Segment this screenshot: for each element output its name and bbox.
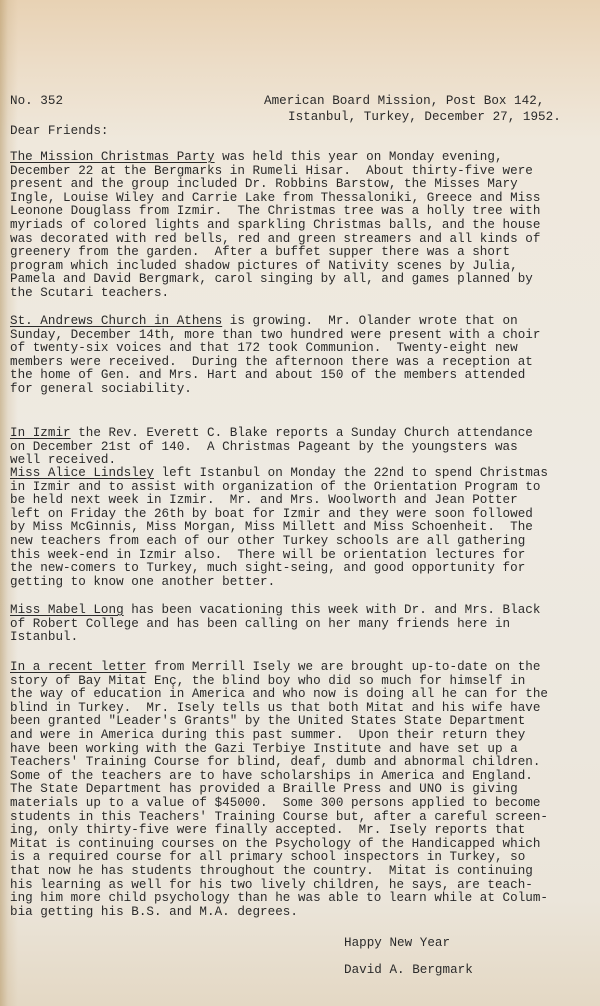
text-line: that now he has students throughout the … <box>10 864 533 878</box>
text-line: for general sociability. <box>10 382 192 396</box>
text-line: students in this Teachers' Training Cour… <box>10 810 548 824</box>
text-line: of twenty-six voices and that 172 took C… <box>10 341 518 355</box>
address-line-2: Istanbul, Turkey, December 27, 1952. <box>288 110 561 124</box>
text-line: Sunday, December 14th, more than two hun… <box>10 328 540 342</box>
text-line: Ingle, Louise Wiley and Carrie Lake from… <box>10 191 540 205</box>
line-text: the Rev. Everett C. Blake reports a Sund… <box>71 426 533 440</box>
paragraph-heading: St. Andrews Church in Athens <box>10 314 222 328</box>
paragraph-heading: In Izmir <box>10 426 71 440</box>
text-line: of Robert College and has been calling o… <box>10 617 510 631</box>
text-line: on December 21st of 140. A Christmas Pag… <box>10 440 518 454</box>
text-line: this week-end in Izmir also. There will … <box>10 548 525 562</box>
line-text: been granted "Leader's Grants" by the Un… <box>10 714 525 728</box>
line-text: present and the group included Dr. Robbi… <box>10 177 518 191</box>
line-text: left on Friday the 26th by boat for Izmi… <box>10 507 533 521</box>
text-line: the home of Gen. and Mrs. Hart and about… <box>10 368 525 382</box>
salutation: Dear Friends: <box>10 124 109 138</box>
line-text: in Izmir and to assist with organization… <box>10 480 540 494</box>
text-line: be held next week in Izmir. Mr. and Mrs.… <box>10 493 518 507</box>
text-line: getting to know one another better. <box>10 575 275 589</box>
paragraph-heading: Miss Mabel Long <box>10 603 124 617</box>
line-text: from Merrill Isely we are brought up-to-… <box>146 660 540 674</box>
line-text: new teachers from each of our other Turk… <box>10 534 525 548</box>
paragraph-heading: The Mission Christmas Party <box>10 150 215 164</box>
line-text: blind in Turkey. Mr. Isely tells us that… <box>10 701 540 715</box>
line-text: materials up to a value of $45000. Some … <box>10 796 540 810</box>
text-line: by Miss McGinnis, Miss Morgan, Miss Mill… <box>10 520 533 534</box>
text-line: been granted "Leader's Grants" by the Un… <box>10 714 525 728</box>
text-line: left on Friday the 26th by boat for Izmi… <box>10 507 533 521</box>
line-text: myriads of colored lights and sparkling … <box>10 218 540 232</box>
text-line: members were received. During the aftern… <box>10 355 533 369</box>
text-line: Leonone Douglass from Izmir. The Christm… <box>10 204 540 218</box>
line-text: be held next week in Izmir. Mr. and Mrs.… <box>10 493 518 507</box>
line-text: getting to know one another better. <box>10 575 275 589</box>
line-text: Sunday, December 14th, more than two hun… <box>10 328 540 342</box>
line-text: students in this Teachers' Training Cour… <box>10 810 548 824</box>
line-text: program which included shadow pictures o… <box>10 259 518 273</box>
line-text: Pamela and David Bergmark, carol singing… <box>10 272 533 286</box>
text-line: blind in Turkey. Mr. Isely tells us that… <box>10 701 540 715</box>
line-text: was held this year on Monday evening, <box>215 150 503 164</box>
line-text: Istanbul. <box>10 630 78 644</box>
text-line: was decorated with red bells, red and gr… <box>10 232 540 246</box>
text-line: the way of education in America and who … <box>10 687 548 701</box>
text-line: have been working with the Gazi Terbiye … <box>10 742 518 756</box>
text-line: ing him more child psychology than he wa… <box>10 891 548 905</box>
text-line: greenery from the garden. After a buffet… <box>10 245 510 259</box>
text-line: program which included shadow pictures o… <box>10 259 518 273</box>
text-line: Miss Mabel Long has been vacationing thi… <box>10 603 540 617</box>
text-line: materials up to a value of $45000. Some … <box>10 796 540 810</box>
line-text: of twenty-six voices and that 172 took C… <box>10 341 518 355</box>
line-text: Mitat is continuing courses on the Psych… <box>10 837 540 851</box>
text-line: Teachers' Training Course for blind, dea… <box>10 755 540 769</box>
text-line: In a recent letter from Merrill Isely we… <box>10 660 540 674</box>
line-text: Leonone Douglass from Izmir. The Christm… <box>10 204 540 218</box>
text-line: the Scutari teachers. <box>10 286 169 300</box>
text-line: is a required course for all primary sch… <box>10 850 525 864</box>
letter-number: No. 352 <box>10 94 63 108</box>
text-line: December 22 at the Bergmarks in Rumeli H… <box>10 164 533 178</box>
line-text: his learning as well for his two lively … <box>10 878 533 892</box>
line-text: bia getting his B.S. and M.A. degrees. <box>10 905 298 919</box>
line-text: by Miss McGinnis, Miss Morgan, Miss Mill… <box>10 520 533 534</box>
text-line: Miss Alice Lindsley left Istanbul on Mon… <box>10 466 548 480</box>
text-line: bia getting his B.S. and M.A. degrees. <box>10 905 298 919</box>
line-text: the new-comers to Turkey, much sight-sei… <box>10 561 525 575</box>
text-line: myriads of colored lights and sparkling … <box>10 218 540 232</box>
line-text: on December 21st of 140. A Christmas Pag… <box>10 440 518 454</box>
text-line: In Izmir the Rev. Everett C. Blake repor… <box>10 426 533 440</box>
line-text: ing him more child psychology than he wa… <box>10 891 548 905</box>
text-line: Istanbul. <box>10 630 78 644</box>
line-text: and were in America during this past sum… <box>10 728 525 742</box>
line-text: this week-end in Izmir also. There will … <box>10 548 525 562</box>
text-line: Mitat is continuing courses on the Psych… <box>10 837 540 851</box>
line-text: for general sociability. <box>10 382 192 396</box>
line-text: that now he has students throughout the … <box>10 864 533 878</box>
text-line: The Mission Christmas Party was held thi… <box>10 150 503 164</box>
text-line: ing, only thirty-five were finally accep… <box>10 823 525 837</box>
letter-page: No. 352 American Board Mission, Post Box… <box>0 0 600 1006</box>
address-line-1: American Board Mission, Post Box 142, <box>264 94 544 108</box>
text-line: The State Department has provided a Brai… <box>10 782 518 796</box>
text-line: his learning as well for his two lively … <box>10 878 533 892</box>
line-text: the way of education in America and who … <box>10 687 548 701</box>
line-text: the home of Gen. and Mrs. Hart and about… <box>10 368 525 382</box>
line-text: is growing. Mr. Olander wrote that on <box>222 314 518 328</box>
line-text: members were received. During the aftern… <box>10 355 533 369</box>
text-line: St. Andrews Church in Athens is growing.… <box>10 314 518 328</box>
text-line: Some of the teachers are to have scholar… <box>10 769 533 783</box>
text-line: and were in America during this past sum… <box>10 728 525 742</box>
paragraph-heading: Miss Alice Lindsley <box>10 466 154 480</box>
line-text: Ingle, Louise Wiley and Carrie Lake from… <box>10 191 540 205</box>
line-text: has been vacationing this week with Dr. … <box>124 603 541 617</box>
line-text: is a required course for all primary sch… <box>10 850 525 864</box>
line-text: The State Department has provided a Brai… <box>10 782 518 796</box>
line-text: story of Bay Mitat Enç, the blind boy wh… <box>10 674 525 688</box>
line-text: Some of the teachers are to have scholar… <box>10 769 533 783</box>
line-text: Teachers' Training Course for blind, dea… <box>10 755 540 769</box>
signature: David A. Bergmark <box>344 963 473 977</box>
text-line: new teachers from each of our other Turk… <box>10 534 525 548</box>
text-line: Pamela and David Bergmark, carol singing… <box>10 272 533 286</box>
line-text: of Robert College and has been calling o… <box>10 617 510 631</box>
text-line: the new-comers to Turkey, much sight-sei… <box>10 561 525 575</box>
line-text: December 22 at the Bergmarks in Rumeli H… <box>10 164 533 178</box>
text-line: story of Bay Mitat Enç, the blind boy wh… <box>10 674 525 688</box>
line-text: left Istanbul on Monday the 22nd to spen… <box>154 466 548 480</box>
line-text: ing, only thirty-five were finally accep… <box>10 823 525 837</box>
line-text: have been working with the Gazi Terbiye … <box>10 742 518 756</box>
paragraph-heading: In a recent letter <box>10 660 146 674</box>
closing: Happy New Year <box>344 936 450 950</box>
line-text: the Scutari teachers. <box>10 286 169 300</box>
text-line: in Izmir and to assist with organization… <box>10 480 540 494</box>
line-text: was decorated with red bells, red and gr… <box>10 232 540 246</box>
text-line: present and the group included Dr. Robbi… <box>10 177 518 191</box>
line-text: greenery from the garden. After a buffet… <box>10 245 510 259</box>
